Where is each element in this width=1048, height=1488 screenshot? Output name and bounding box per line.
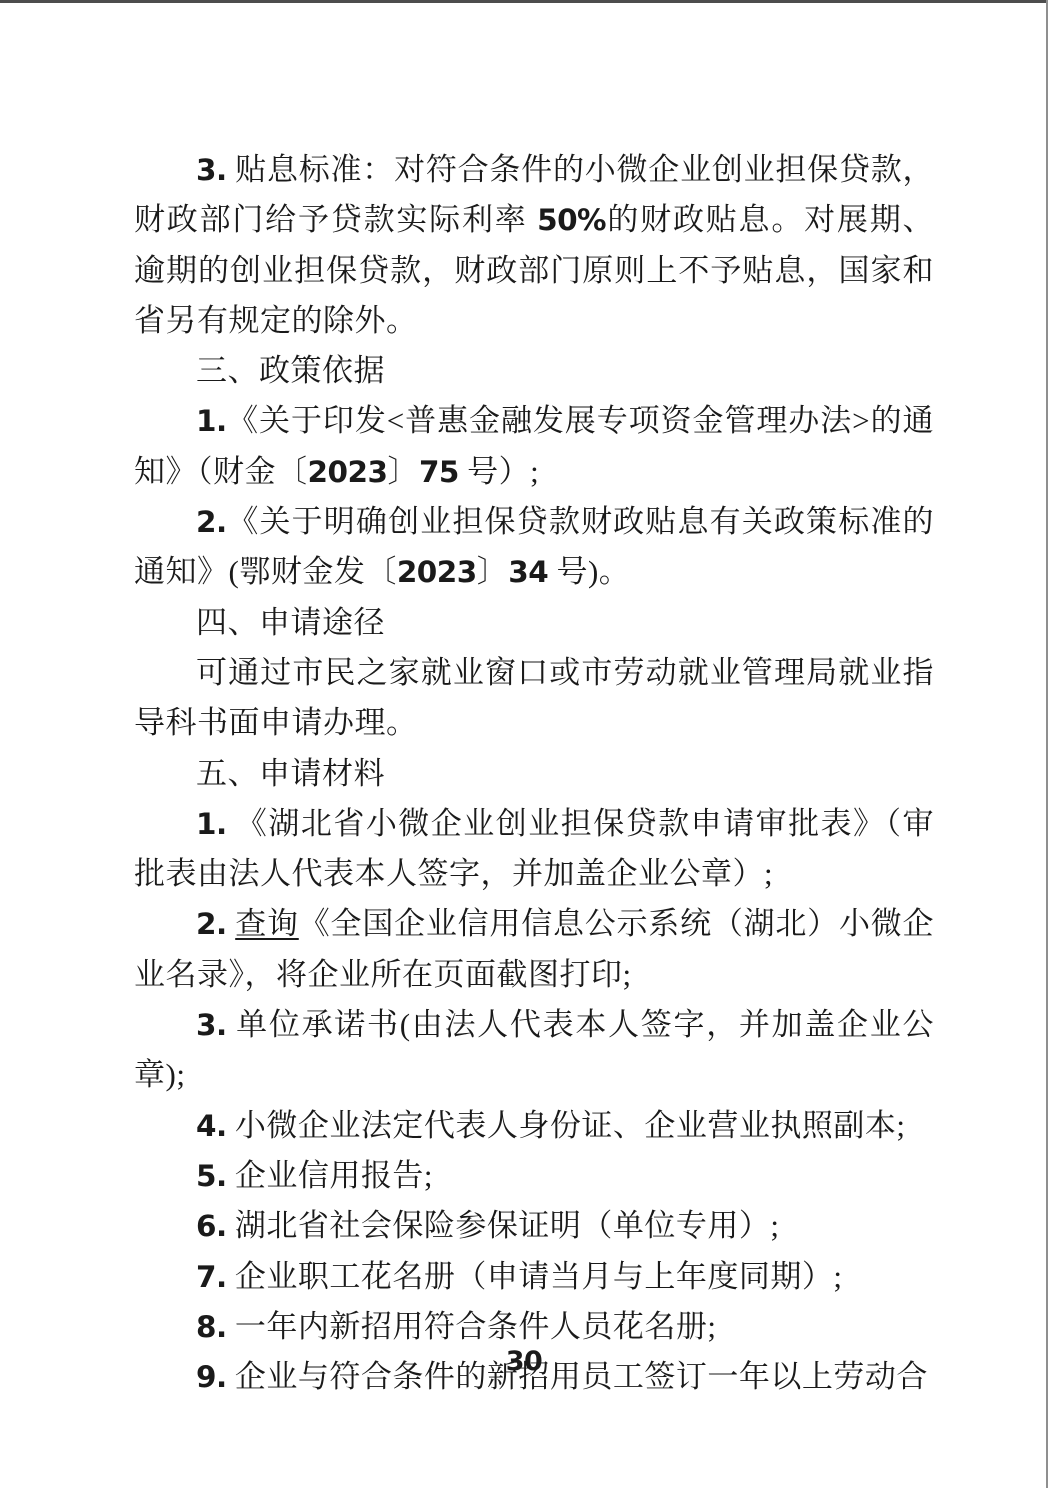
paragraph: 可通过市民之家就业窗口或市劳动就业管理局就业指导科书面申请办理。 <box>134 648 934 749</box>
paragraph: 四、申请途径 <box>134 598 934 648</box>
paragraph: 1. 《湖北省小微企业创业担保贷款申请审批表》（审批表由法人代表本人签字，并加盖… <box>134 799 934 900</box>
paragraph: 7. 企业职工花名册（申请当月与上年度同期）; <box>134 1252 934 1302</box>
underlined-text: 查询 <box>235 906 299 941</box>
page-top-edge <box>0 0 1048 3</box>
paragraph: 4. 小微企业法定代表人身份证、企业营业执照副本; <box>134 1101 934 1151</box>
paragraph: 五、申请材料 <box>134 749 934 799</box>
paragraph: 1.《关于印发<普惠金融发展专项资金管理办法>的通知》（财金〔2023〕75 号… <box>134 396 934 497</box>
document-body: 3. 贴息标准：对符合条件的小微企业创业担保贷款，财政部门给予贷款实际利率 50… <box>134 145 934 1402</box>
paragraph: 6. 湖北省社会保险参保证明（单位专用）; <box>134 1201 934 1251</box>
paragraph: 3. 单位承诺书(由法人代表本人签字，并加盖企业公章); <box>134 1000 934 1101</box>
paragraph: 2. 查询《全国企业信用信息公示系统（湖北）小微企业名录》，将企业所在页面截图打… <box>134 899 934 1000</box>
page-number: 30 <box>0 1342 1048 1382</box>
paragraph: 2.《关于明确创业担保贷款财政贴息有关政策标准的通知》(鄂财金发〔2023〕34… <box>134 497 934 598</box>
paragraph: 3. 贴息标准：对符合条件的小微企业创业担保贷款，财政部门给予贷款实际利率 50… <box>134 145 934 346</box>
paragraph: 5. 企业信用报告; <box>134 1151 934 1201</box>
paragraph: 三、政策依据 <box>134 346 934 396</box>
document-page: 3. 贴息标准：对符合条件的小微企业创业担保贷款，财政部门给予贷款实际利率 50… <box>0 0 1048 1488</box>
